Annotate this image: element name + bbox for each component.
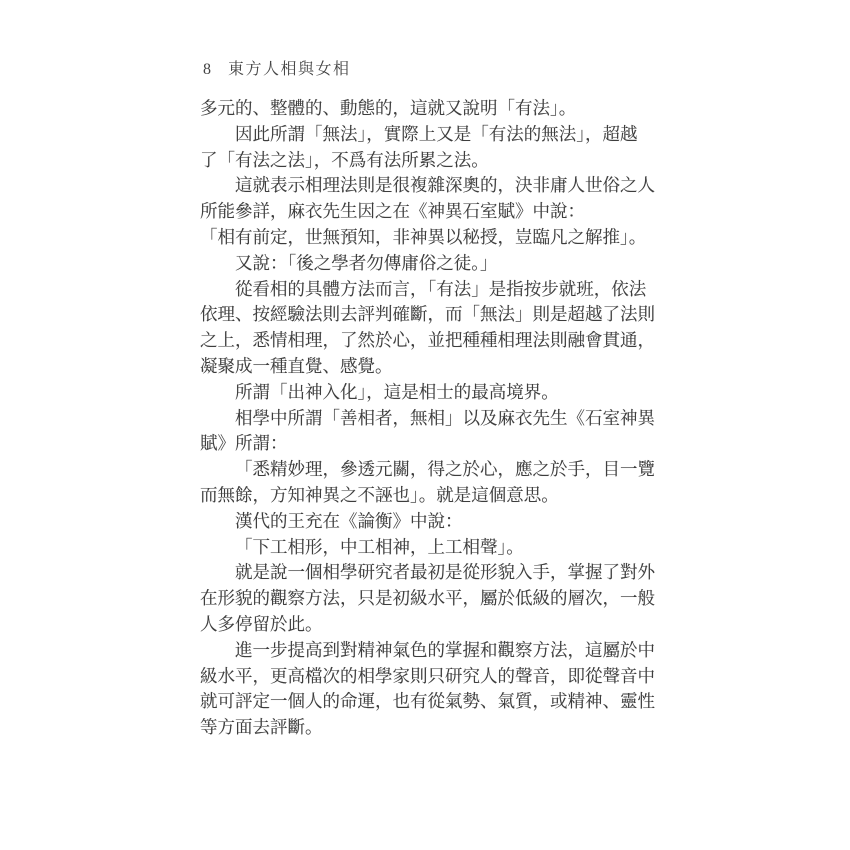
text-line: 而無餘，方知神異之不誣也」。就是這個意思。: [200, 483, 668, 509]
text-line: 「悉精妙理，參透元關，得之於心，應之於手，目一覽: [200, 457, 668, 483]
text-line: 人多停留於此。: [200, 612, 668, 638]
text-line: 級水平，更高檔次的相學家則只研究人的聲音，即從聲音中: [200, 664, 668, 690]
text-line: 所能參詳，麻衣先生因之在《神異石室賦》中說：: [200, 199, 668, 225]
text-line: 漢代的王充在《論衡》中說：: [200, 509, 668, 535]
book-page: 8東方人相與女相 多元的、整體的、動態的，這就又說明「有法」。因此所謂「無法」，…: [0, 0, 850, 850]
text-line: 等方面去評斷。: [200, 715, 668, 741]
text-line: 「相有前定，世無預知，非神異以秘授，豈臨凡之解推」。: [200, 225, 668, 251]
page-header: 8東方人相與女相: [203, 56, 351, 79]
text-line: 「下工相形，中工相神，上工相聲」。: [200, 535, 668, 561]
page-number: 8: [203, 61, 211, 79]
text-line: 依理、按經驗法則去評判確斷，而「無法」則是超越了法則: [200, 302, 668, 328]
text-line: 所謂「出神入化」，這是相士的最高境界。: [200, 380, 668, 406]
text-line: 就是說一個相學研究者最初是從形貌入手，掌握了對外: [200, 560, 668, 586]
text-line: 相學中所謂「善相者，無相」以及麻衣先生《石室神異: [200, 406, 668, 432]
text-line: 在形貌的觀察方法，只是初級水平，屬於低級的層次，一般: [200, 586, 668, 612]
text-line: 進一步提高到對精神氣色的掌握和觀察方法，這屬於中: [200, 638, 668, 664]
text-line: 又說：「後之學者勿傳庸俗之徒。」: [200, 251, 668, 277]
text-line: 賦》所謂：: [200, 431, 668, 457]
text-line: 就可評定一個人的命運，也有從氣勢、氣質，或精神、靈性: [200, 689, 668, 715]
text-line: 了「有法之法」，不爲有法所累之法。: [200, 148, 668, 174]
text-line: 多元的、整體的、動態的，這就又說明「有法」。: [200, 96, 668, 122]
text-line: 從看相的具體方法而言，「有法」是指按步就班，依法: [200, 277, 668, 303]
text-line: 這就表示相理法則是很複雜深奧的，決非庸人世俗之人: [200, 173, 668, 199]
body-text: 多元的、整體的、動態的，這就又說明「有法」。因此所謂「無法」，實際上又是「有法的…: [200, 96, 668, 741]
text-line: 之上，悉情相理，了然於心，並把種種相理法則融會貫通，: [200, 328, 668, 354]
text-line: 凝聚成一種直覺、感覺。: [200, 354, 668, 380]
text-line: 因此所謂「無法」，實際上又是「有法的無法」，超越: [200, 122, 668, 148]
running-title: 東方人相與女相: [228, 61, 351, 78]
